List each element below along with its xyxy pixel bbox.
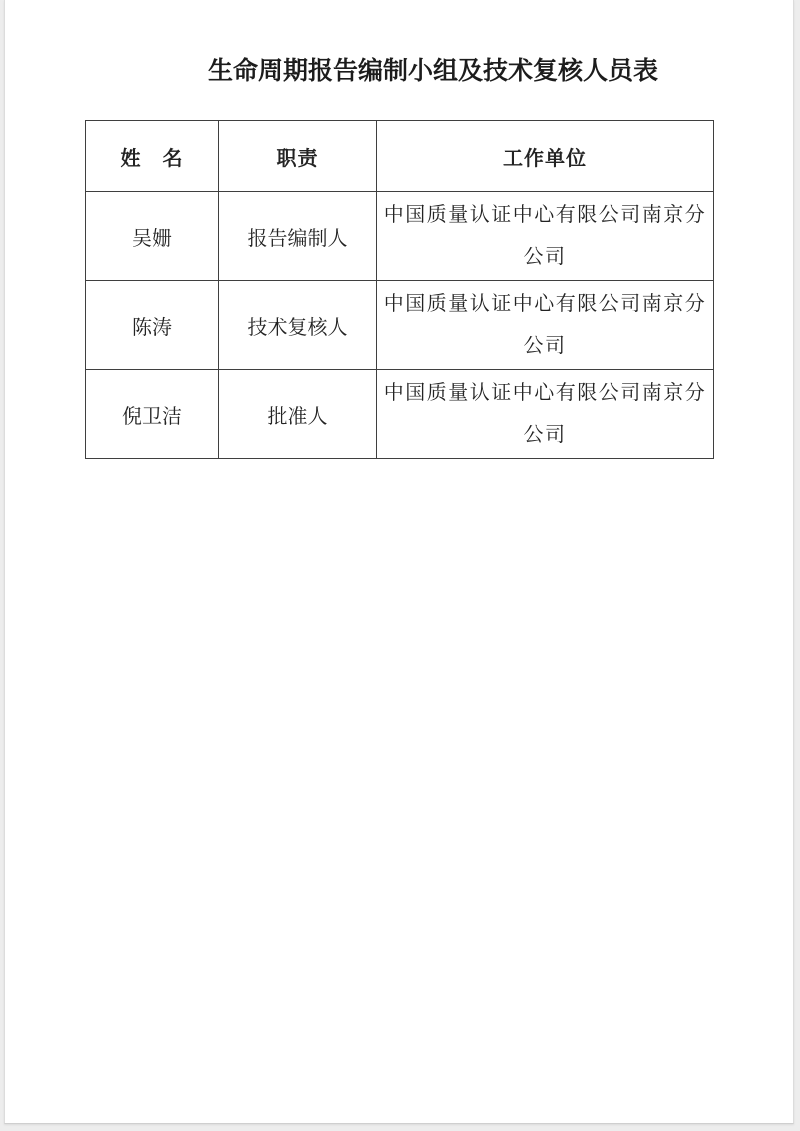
cell-role: 报告编制人 <box>219 192 377 281</box>
column-header-name: 姓 名 <box>86 121 219 192</box>
table-header-row: 姓 名 职责 工作单位 <box>86 121 714 192</box>
cell-name: 倪卫洁 <box>86 370 219 459</box>
cell-organization: 中国质量认证中心有限公司南京分公司 <box>377 192 714 281</box>
cell-name: 陈涛 <box>86 281 219 370</box>
document-page: 生命周期报告编制小组及技术复核人员表 姓 名 职责 工作单位 吴姗 报告编制人 … <box>4 0 794 1124</box>
cell-organization: 中国质量认证中心有限公司南京分公司 <box>377 281 714 370</box>
cell-name: 吴姗 <box>86 192 219 281</box>
cell-role: 技术复核人 <box>219 281 377 370</box>
personnel-table: 姓 名 职责 工作单位 吴姗 报告编制人 中国质量认证中心有限公司南京分公司 陈… <box>85 120 714 459</box>
column-header-organization: 工作单位 <box>377 121 714 192</box>
column-header-role: 职责 <box>219 121 377 192</box>
table-row: 吴姗 报告编制人 中国质量认证中心有限公司南京分公司 <box>86 192 714 281</box>
page-title: 生命周期报告编制小组及技术复核人员表 <box>5 56 793 88</box>
cell-role: 批准人 <box>219 370 377 459</box>
cell-organization: 中国质量认证中心有限公司南京分公司 <box>377 370 714 459</box>
table-row: 陈涛 技术复核人 中国质量认证中心有限公司南京分公司 <box>86 281 714 370</box>
table-row: 倪卫洁 批准人 中国质量认证中心有限公司南京分公司 <box>86 370 714 459</box>
